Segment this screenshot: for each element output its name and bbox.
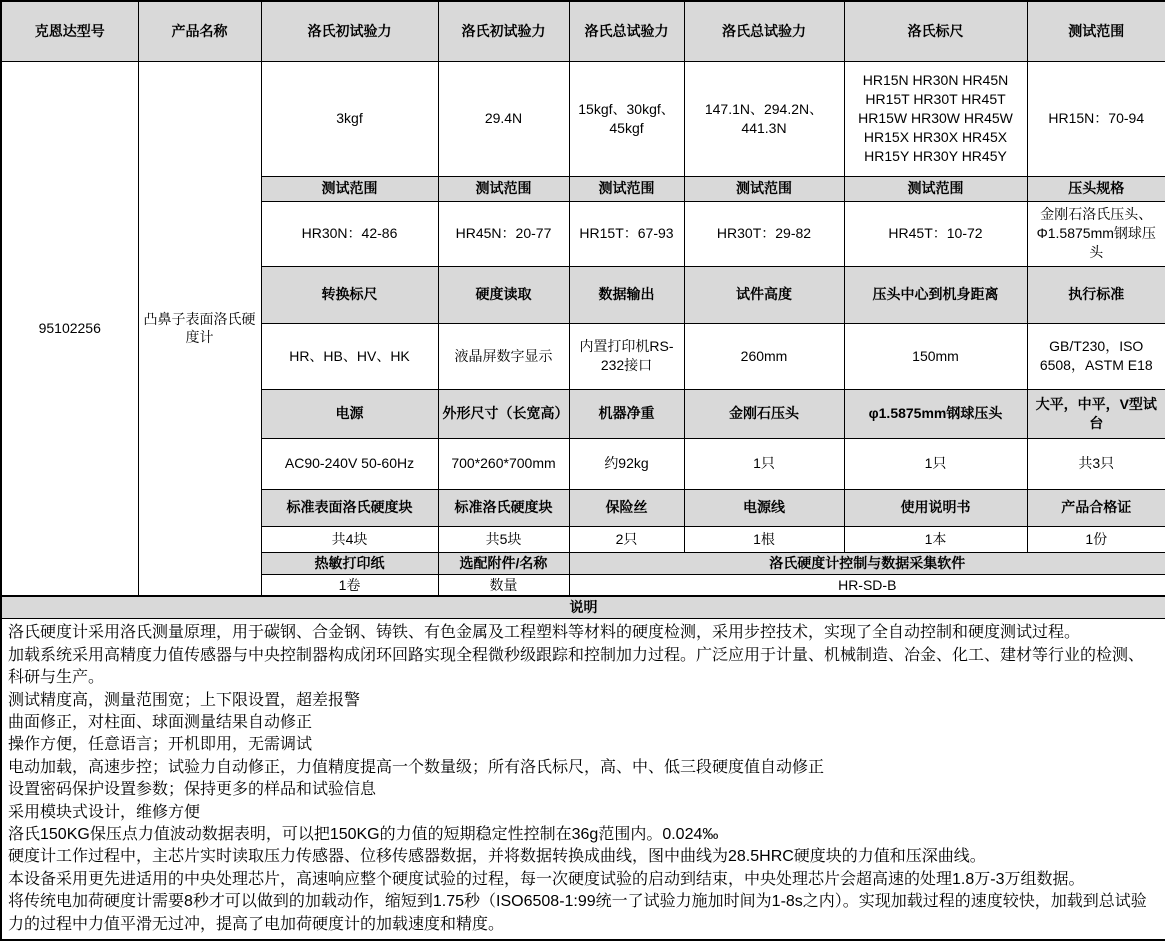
header-cell: 电源线 — [684, 489, 844, 526]
header-cell: 测试范围 — [1027, 1, 1165, 61]
header-cell: 洛氏总试验力 — [684, 1, 844, 61]
header-cell: 压头规格 — [1027, 176, 1165, 201]
header-cell: 产品合格证 — [1027, 489, 1165, 526]
header-cell: 洛氏总试验力 — [569, 1, 684, 61]
note-line: 设置密码保护设置参数；保持更多的样品和试验信息 — [8, 779, 1159, 801]
data-cell: 液晶屏数字显示 — [438, 323, 569, 389]
header-cell: 测试范围 — [684, 176, 844, 201]
note-line: 采用模块式设计，维修方便 — [8, 802, 1159, 824]
header-cell: 执行标准 — [1027, 266, 1165, 323]
table-row: 说明 — [1, 596, 1165, 618]
data-cell: 150mm — [844, 323, 1027, 389]
data-cell: 2只 — [569, 526, 684, 552]
header-cell: 选配附件/名称 — [438, 552, 569, 574]
header-cell: 克恩达型号 — [1, 1, 138, 61]
data-cell: 1根 — [684, 526, 844, 552]
model-number-cell: 95102256 — [1, 61, 138, 596]
note-line: 加载系统采用高精度力值传感器与中央控制器构成闭环回路实现全程微秒级跟踪和控制加力… — [8, 645, 1159, 690]
data-cell: HR15T：67-93 — [569, 201, 684, 266]
table-row: 克恩达型号产品名称洛氏初试验力洛氏初试验力洛氏总试验力洛氏总试验力洛氏标尺测试范… — [1, 1, 1165, 61]
note-line: 操作方便，任意语言；开机即用，无需调试 — [8, 734, 1159, 756]
data-cell: HR15N：70-94 — [1027, 61, 1165, 176]
note-line: 电动加载，高速步控；试验力自动修正，力值精度提高一个数量级；所有洛氏标尺，高、中… — [8, 757, 1159, 779]
spec-sheet: 克恩达型号产品名称洛氏初试验力洛氏初试验力洛氏总试验力洛氏总试验力洛氏标尺测试范… — [0, 0, 1165, 931]
header-cell: φ1.5875mm钢球压头 — [844, 389, 1027, 438]
data-cell: 共4块 — [261, 526, 438, 552]
header-cell: 机器净重 — [569, 389, 684, 438]
header-cell: 大平，中平，V型试台 — [1027, 389, 1165, 438]
data-cell: 147.1N、294.2N、441.3N — [684, 61, 844, 176]
note-line: 洛氏硬度计采用洛氏测量原理，用于碳钢、合金钢、铸铁、有色金属及工程塑料等材料的硬… — [8, 622, 1159, 644]
data-cell: HR30N：42-86 — [261, 201, 438, 266]
note-line: 本设备采用更先进适用的中央处理芯片，高速响应整个硬度试验的过程，每一次硬度试验的… — [8, 869, 1159, 891]
data-cell: 1卷 — [261, 574, 438, 596]
header-cell: 洛氏标尺 — [844, 1, 1027, 61]
product-name-cell: 凸鼻子表面洛氏硬度计 — [138, 61, 261, 596]
data-cell: 1只 — [844, 438, 1027, 489]
data-cell: 260mm — [684, 323, 844, 389]
data-cell: 1本 — [844, 526, 1027, 552]
header-cell: 测试范围 — [844, 176, 1027, 201]
data-cell: GB/T230，ISO 6508，ASTM E18 — [1027, 323, 1165, 389]
data-cell: HR15N HR30N HR45N HR15T HR30T HR45T HR15… — [844, 61, 1027, 176]
spec-table-body: 克恩达型号产品名称洛氏初试验力洛氏初试验力洛氏总试验力洛氏总试验力洛氏标尺测试范… — [1, 1, 1165, 940]
header-cell: 标准洛氏硬度块 — [438, 489, 569, 526]
header-cell: 使用说明书 — [844, 489, 1027, 526]
header-cell: 转换标尺 — [261, 266, 438, 323]
header-cell: 压头中心到机身距离 — [844, 266, 1027, 323]
header-cell: 测试范围 — [261, 176, 438, 201]
header-cell: 保险丝 — [569, 489, 684, 526]
notes-body-cell: 洛氏硬度计采用洛氏测量原理，用于碳钢、合金钢、铸铁、有色金属及工程塑料等材料的硬… — [1, 619, 1165, 940]
header-cell: 标准表面洛氏硬度块 — [261, 489, 438, 526]
data-cell: 内置打印机RS-232接口 — [569, 323, 684, 389]
notes-section-title: 说明 — [1, 596, 1165, 618]
data-cell: 共3只 — [1027, 438, 1165, 489]
header-cell: 数据输出 — [569, 266, 684, 323]
data-cell: 约92kg — [569, 438, 684, 489]
header-cell: 试件高度 — [684, 266, 844, 323]
header-cell: 洛氏初试验力 — [261, 1, 438, 61]
header-cell: 测试范围 — [569, 176, 684, 201]
header-cell: 外形尺寸（长宽高） — [438, 389, 569, 438]
note-line: 测试精度高，测量范围宽；上下限设置，超差报警 — [8, 690, 1159, 712]
note-line: 洛氏150KG保压点力值波动数据表明，可以把150KG的力值的短期稳定性控制在3… — [8, 824, 1159, 846]
data-cell: HR45N：20-77 — [438, 201, 569, 266]
header-cell: 洛氏硬度计控制与数据采集软件 — [569, 552, 1165, 574]
data-cell: HR、HB、HV、HK — [261, 323, 438, 389]
data-cell: 1份 — [1027, 526, 1165, 552]
note-line: 硬度计工作过程中，主芯片实时读取压力传感器、位移传感器数据，并将数据转换成曲线，… — [8, 846, 1159, 868]
table-row: 95102256凸鼻子表面洛氏硬度计3kgf29.4N15kgf、30kgf、4… — [1, 61, 1165, 176]
table-row: 洛氏硬度计采用洛氏测量原理，用于碳钢、合金钢、铸铁、有色金属及工程塑料等材料的硬… — [1, 619, 1165, 940]
data-cell: 1只 — [684, 438, 844, 489]
header-cell: 测试范围 — [438, 176, 569, 201]
data-cell: 700*260*700mm — [438, 438, 569, 489]
data-cell: 15kgf、30kgf、45kgf — [569, 61, 684, 176]
data-cell: AC90-240V 50-60Hz — [261, 438, 438, 489]
header-cell: 电源 — [261, 389, 438, 438]
data-cell: HR-SD-B — [569, 574, 1165, 596]
data-cell: HR30T：29-82 — [684, 201, 844, 266]
data-cell: 金刚石洛氏压头、Φ1.5875mm钢球压头 — [1027, 201, 1165, 266]
data-cell: 数量 — [438, 574, 569, 596]
data-cell: 29.4N — [438, 61, 569, 176]
data-cell: 3kgf — [261, 61, 438, 176]
data-cell: HR45T：10-72 — [844, 201, 1027, 266]
header-cell: 金刚石压头 — [684, 389, 844, 438]
spec-table: 克恩达型号产品名称洛氏初试验力洛氏初试验力洛氏总试验力洛氏总试验力洛氏标尺测试范… — [0, 0, 1165, 941]
data-cell: 共5块 — [438, 526, 569, 552]
header-cell: 产品名称 — [138, 1, 261, 61]
note-line: 将传统电加荷硬度计需要8秒才可以做到的加载动作，缩短到1.75秒（ISO6508… — [8, 891, 1159, 936]
header-cell: 洛氏初试验力 — [438, 1, 569, 61]
header-cell: 热敏打印纸 — [261, 552, 438, 574]
note-line: 曲面修正，对柱面、球面测量结果自动修正 — [8, 712, 1159, 734]
header-cell: 硬度读取 — [438, 266, 569, 323]
